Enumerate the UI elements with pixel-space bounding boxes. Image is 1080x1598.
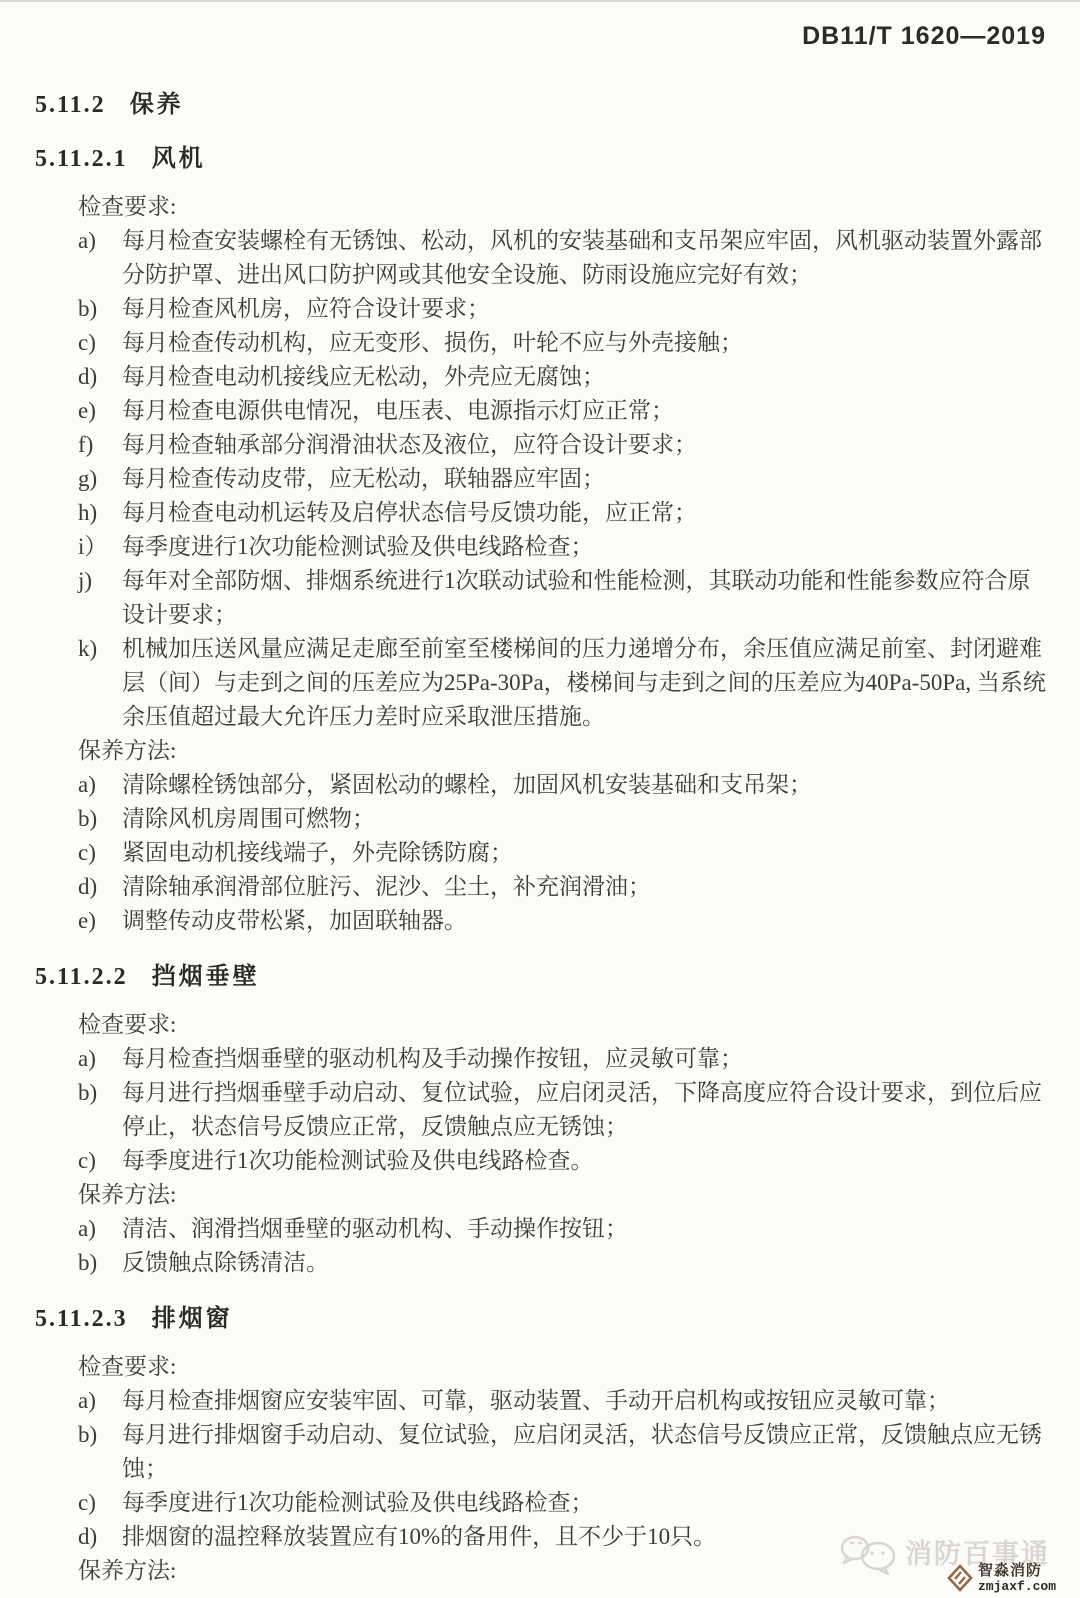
list-label-inspection: 检查要求:	[78, 1350, 1046, 1384]
list-item: i） 每季度进行1次功能检测试验及供电线路检查；	[35, 530, 1046, 564]
item-marker: a)	[78, 1384, 96, 1418]
item-marker: c)	[78, 326, 96, 360]
item-text: 排烟窗的温控释放装置应有10%的备用件，且不少于10只。	[122, 1524, 716, 1549]
item-marker: d)	[78, 1520, 97, 1554]
section-heading-baoyang: 5.11.2保养	[35, 90, 1046, 120]
list-item: b) 每月进行挡烟垂壁手动启动、复位试验，应启闭灵活，下降高度应符合设计要求，到…	[35, 1076, 1046, 1144]
item-marker: c)	[78, 836, 96, 870]
item-text: 每月检查电动机运转及启停状态信号反馈功能，应正常；	[122, 500, 697, 525]
item-text: 每季度进行1次功能检测试验及供电线路检查。	[122, 1148, 594, 1173]
item-text: 每月进行排烟窗手动启动、复位试验，应启闭灵活，状态信号反馈应正常，反馈触点应无锈…	[122, 1422, 1042, 1481]
watermark-logo-url: zmjaxf.com	[978, 1579, 1056, 1594]
section-number: 5.11.2.2	[35, 964, 128, 990]
item-text: 反馈触点除锈清洁。	[122, 1250, 329, 1275]
list-item: b) 反馈触点除锈清洁。	[35, 1246, 1046, 1280]
item-text: 每月检查传动皮带，应无松动，联轴器应牢固；	[122, 466, 605, 491]
item-text: 每月进行挡烟垂壁手动启动、复位试验，应启闭灵活，下降高度应符合设计要求，到位后应…	[122, 1080, 1042, 1139]
item-marker: a)	[78, 1212, 96, 1246]
list-label-inspection: 检查要求:	[78, 1008, 1046, 1042]
section-number: 5.11.2.1	[35, 146, 128, 172]
list-label-maintenance: 保养方法:	[78, 1554, 1046, 1588]
list-item: d) 每月检查电动机接线应无松动，外壳应无腐蚀；	[35, 360, 1046, 394]
item-marker: b)	[78, 1076, 97, 1110]
item-text: 每月检查电源供电情况，电压表、电源指示灯应正常；	[122, 398, 674, 423]
item-marker: c)	[78, 1144, 96, 1178]
list-item: a) 每月检查挡烟垂壁的驱动机构及手动操作按钮，应灵敏可靠；	[35, 1042, 1046, 1076]
item-text: 清除风机房周围可燃物；	[122, 806, 375, 831]
section-title: 风机	[152, 146, 206, 172]
item-marker: i）	[78, 530, 107, 564]
section-title: 挡烟垂壁	[152, 964, 260, 990]
item-marker: a)	[78, 224, 96, 258]
item-text: 清除轴承润滑部位脏污、泥沙、尘土，补充润滑油；	[122, 874, 651, 899]
list-item: c) 紧固电动机接线端子，外壳除锈防腐；	[35, 836, 1046, 870]
list-item: c) 每月检查传动机构，应无变形、损伤，叶轮不应与外壳接触；	[35, 326, 1046, 360]
item-text: 每月检查风机房，应符合设计要求；	[122, 296, 490, 321]
item-text: 每月检查电动机接线应无松动，外壳应无腐蚀；	[122, 364, 605, 389]
item-marker: b)	[78, 802, 97, 836]
list-item: b) 每月检查风机房，应符合设计要求；	[35, 292, 1046, 326]
item-text: 每月检查挡烟垂壁的驱动机构及手动操作按钮，应灵敏可靠；	[122, 1046, 743, 1071]
item-text: 每月检查轴承部分润滑油状态及液位，应符合设计要求；	[122, 432, 697, 457]
list-item: b) 清除风机房周围可燃物；	[35, 802, 1046, 836]
item-marker: a)	[78, 768, 96, 802]
list-item: d) 清除轴承润滑部位脏污、泥沙、尘土，补充润滑油；	[35, 870, 1046, 904]
list-item: j) 每年对全部防烟、排烟系统进行1次联动试验和性能检测，其联动功能和性能参数应…	[35, 564, 1046, 632]
item-marker: h)	[78, 496, 97, 530]
item-text: 清除螺栓锈蚀部分，紧固松动的螺栓，加固风机安装基础和支吊架；	[122, 772, 812, 797]
subsection-heading-paiyanchuang: 5.11.2.3排烟窗	[35, 1304, 1046, 1334]
list-item: h) 每月检查电动机运转及启停状态信号反馈功能，应正常；	[35, 496, 1046, 530]
subsection-heading-fengji: 5.11.2.1风机	[35, 144, 1046, 174]
subsection-heading-dangyanchuibi: 5.11.2.2挡烟垂壁	[35, 962, 1046, 992]
item-marker: a)	[78, 1042, 96, 1076]
item-text: 每月检查传动机构，应无变形、损伤，叶轮不应与外壳接触；	[122, 330, 743, 355]
item-marker: b)	[78, 1246, 97, 1280]
document-page: DB11/T 1620—2019 5.11.2保养 5.11.2.1风机 检查要…	[0, 0, 1080, 1598]
list-label-inspection: 检查要求:	[78, 190, 1046, 224]
list-item: c) 每季度进行1次功能检测试验及供电线路检查；	[35, 1486, 1046, 1520]
list-label-maintenance: 保养方法:	[78, 734, 1046, 768]
list-item: e) 调整传动皮带松紧，加固联轴器。	[35, 904, 1046, 938]
item-text: 清洁、润滑挡烟垂壁的驱动机构、手动操作按钮；	[122, 1216, 628, 1241]
list-item: b) 每月进行排烟窗手动启动、复位试验，应启闭灵活，状态信号反馈应正常，反馈触点…	[35, 1418, 1046, 1486]
item-marker: j)	[78, 564, 92, 598]
list-item: a) 清洁、润滑挡烟垂壁的驱动机构、手动操作按钮；	[35, 1212, 1046, 1246]
item-text: 紧固电动机接线端子，外壳除锈防腐；	[122, 840, 513, 865]
list-item: f) 每月检查轴承部分润滑油状态及液位，应符合设计要求；	[35, 428, 1046, 462]
list-item: k) 机械加压送风量应满足走廊至前室至楼梯间的压力递增分布，余压值应满足前室、封…	[35, 632, 1046, 734]
item-text: 每年对全部防烟、排烟系统进行1次联动试验和性能检测，其联动功能和性能参数应符合原…	[122, 568, 1031, 627]
watermark-logo-text: 智淼消防 zmjaxf.com	[978, 1562, 1056, 1594]
item-marker: d)	[78, 360, 97, 394]
item-text: 机械加压送风量应满足走廊至前室至楼梯间的压力递增分布，余压值应满足前室、封闭避难…	[122, 636, 1046, 729]
list-item: c) 每季度进行1次功能检测试验及供电线路检查。	[35, 1144, 1046, 1178]
watermark-logo-title: 智淼消防	[978, 1562, 1042, 1579]
section-number: 5.11.2	[35, 92, 106, 118]
section-number: 5.11.2.3	[35, 1306, 128, 1332]
item-marker: k)	[78, 632, 97, 666]
list-label-maintenance: 保养方法:	[78, 1178, 1046, 1212]
item-marker: f)	[78, 428, 93, 462]
item-marker: g)	[78, 462, 97, 496]
section-title: 排烟窗	[152, 1306, 233, 1332]
item-marker: e)	[78, 394, 96, 428]
watermark-logo: 智淼消防 zmjaxf.com	[947, 1562, 1056, 1594]
item-marker: d)	[78, 870, 97, 904]
item-text: 每季度进行1次功能检测试验及供电线路检查；	[122, 1490, 594, 1515]
list-item: a) 清除螺栓锈蚀部分，紧固松动的螺栓，加固风机安装基础和支吊架；	[35, 768, 1046, 802]
list-item: e) 每月检查电源供电情况，电压表、电源指示灯应正常；	[35, 394, 1046, 428]
item-marker: b)	[78, 292, 97, 326]
item-text: 调整传动皮带松紧，加固联轴器。	[122, 908, 467, 933]
item-text: 每季度进行1次功能检测试验及供电线路检查；	[122, 534, 594, 559]
list-item: a) 每月检查安装螺栓有无锈蚀、松动，风机的安装基础和支吊架应牢固，风机驱动装置…	[35, 224, 1046, 292]
item-marker: e)	[78, 904, 96, 938]
section-title: 保养	[130, 92, 184, 118]
list-item: g) 每月检查传动皮带，应无松动，联轴器应牢固；	[35, 462, 1046, 496]
item-text: 每月检查排烟窗应安装牢固、可靠，驱动装置、手动开启机构或按钮应灵敏可靠；	[122, 1388, 950, 1413]
item-marker: c)	[78, 1486, 96, 1520]
document-body: 5.11.2保养 5.11.2.1风机 检查要求: a) 每月检查安装螺栓有无锈…	[0, 90, 1080, 1588]
standard-number-header: DB11/T 1620—2019	[0, 2, 1080, 50]
list-item: a) 每月检查排烟窗应安装牢固、可靠，驱动装置、手动开启机构或按钮应灵敏可靠；	[35, 1384, 1046, 1418]
item-marker: b)	[78, 1418, 97, 1452]
diamond-logo-icon	[947, 1564, 973, 1592]
list-item: d) 排烟窗的温控释放装置应有10%的备用件，且不少于10只。	[35, 1520, 1046, 1554]
item-text: 每月检查安装螺栓有无锈蚀、松动，风机的安装基础和支吊架应牢固，风机驱动装置外露部…	[122, 228, 1042, 287]
